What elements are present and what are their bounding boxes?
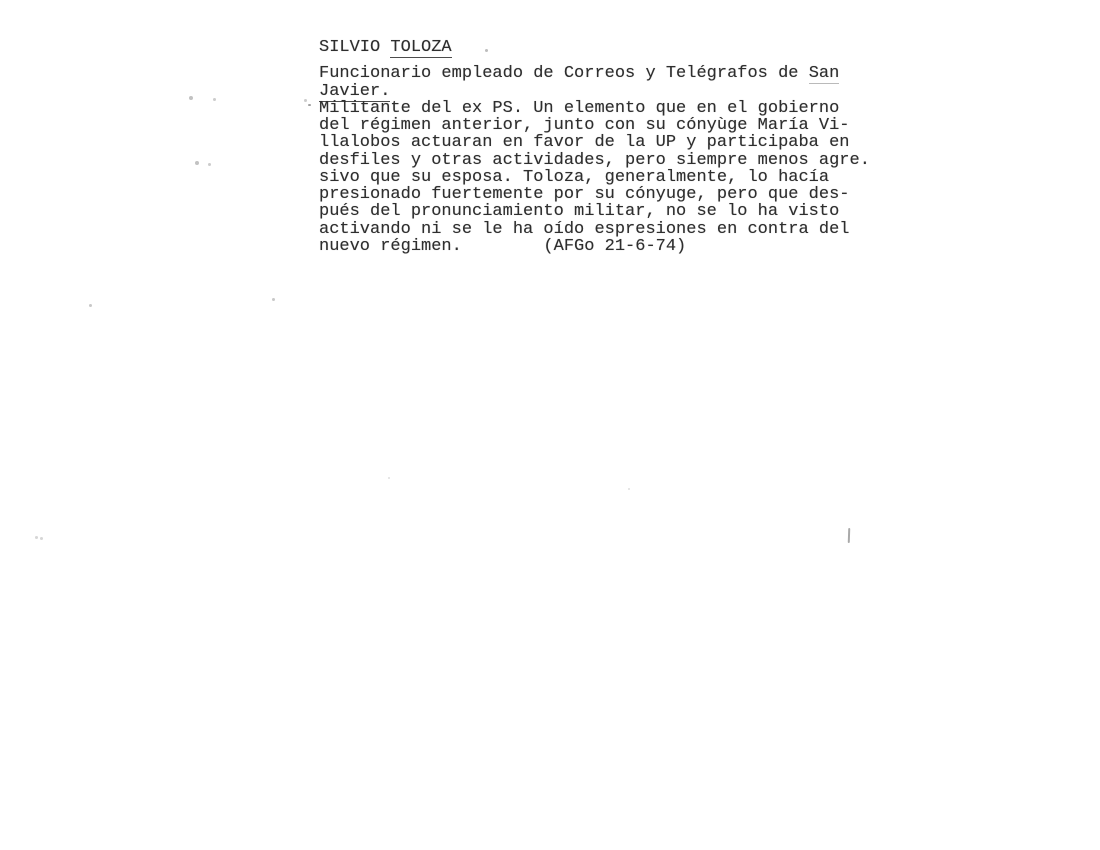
scan-speck	[304, 99, 307, 102]
text-segment: presionado fuertemente por su cónyuge, p…	[319, 185, 850, 204]
text-line: Javier.	[319, 83, 870, 100]
underlined-text-segment: San	[809, 64, 840, 84]
text-line: sivo que su esposa. Toloza, generalmente…	[319, 169, 870, 186]
text-line: del régimen anterior, junto con su cónyù…	[319, 117, 870, 134]
scan-speck	[208, 163, 211, 166]
text-segment: sivo que su esposa. Toloza, generalmente…	[319, 168, 829, 187]
text-line: nuevo régimen. (AFGo 21-6-74)	[319, 238, 870, 255]
text-line: pués del pronunciamiento militar, no se …	[319, 203, 870, 220]
scan-speck	[308, 104, 311, 106]
text-line: activando ni se le ha oído espresiones e…	[319, 221, 870, 238]
text-segment: desfiles y otras actividades, pero siemp…	[319, 151, 870, 170]
scanned-page: SILVIO TOLOZA Funcionario empleado de Co…	[0, 0, 1100, 850]
scan-speck	[189, 96, 193, 100]
scan-speck	[388, 477, 390, 479]
text-line: desfiles y otras actividades, pero siemp…	[319, 152, 870, 169]
text-segment: activando ni se le ha oído espresiones e…	[319, 220, 850, 239]
scan-speck	[272, 298, 275, 301]
scan-speck	[195, 161, 199, 165]
text-segment: del régimen anterior, junto con su cónyù…	[319, 116, 850, 135]
text-line: Funcionario empleado de Correos y Telégr…	[319, 65, 870, 82]
text-line: presionado fuertemente por su cónyuge, p…	[319, 186, 870, 203]
text-segment: Funcionario empleado de Correos y Telégr…	[319, 64, 809, 83]
scan-speck	[35, 536, 38, 539]
text-segment: nuevo régimen. (AFGo 21-6-74)	[319, 237, 686, 256]
body-lines: Funcionario empleado de Correos y Telégr…	[319, 65, 870, 255]
text-line: llalobos actuaran en favor de la UP y pa…	[319, 134, 870, 151]
scan-speck	[213, 98, 216, 101]
document-title: SILVIO TOLOZA	[319, 39, 870, 56]
scan-speck	[485, 49, 488, 52]
text-segment: pués del pronunciamiento militar, no se …	[319, 202, 839, 221]
text-segment: Militante del ex PS. Un elemento que en …	[319, 99, 839, 118]
title-surname-underlined: TOLOZA	[390, 38, 451, 58]
text-segment: llalobos actuaran en favor de la UP y pa…	[319, 133, 850, 152]
title-prefix: SILVIO	[319, 38, 390, 57]
text-line: Militante del ex PS. Un elemento que en …	[319, 100, 870, 117]
scan-speck	[628, 488, 630, 490]
document-text-block: SILVIO TOLOZA Funcionario empleado de Co…	[319, 39, 870, 255]
scan-speck	[89, 304, 92, 307]
scan-speck	[40, 537, 43, 540]
scan-streak	[848, 528, 851, 543]
